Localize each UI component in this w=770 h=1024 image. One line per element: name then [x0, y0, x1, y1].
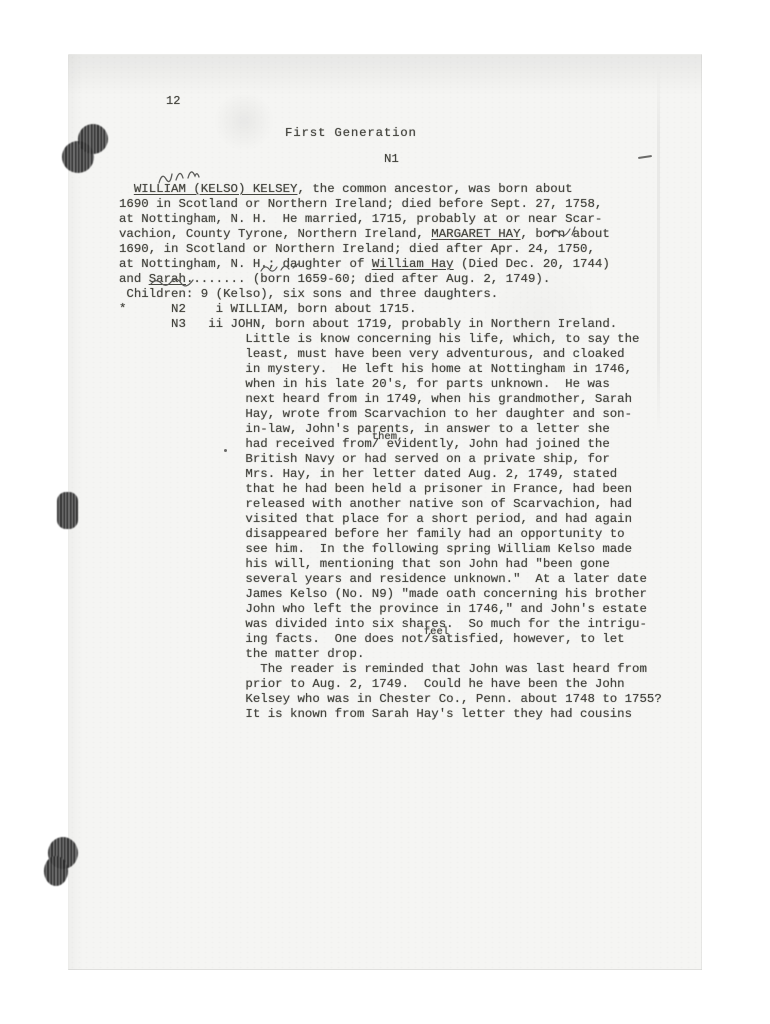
binding-mark-top: [78, 124, 108, 154]
text-line: at Nottingham, N. H. He married, 1715, p…: [119, 212, 662, 227]
text-segment: his will, mentioning that son John had "…: [119, 557, 610, 571]
text-segment: that he had been held a prisoner in Fran…: [119, 482, 632, 496]
section-label: N1: [384, 152, 399, 166]
text-segment: Kelsey who was in Chester Co., Penn. abo…: [119, 692, 662, 706]
text-segment: John who left the province in 1746," and…: [119, 602, 647, 616]
text-segment: was divided into six shares. So much for…: [119, 617, 647, 631]
text-line: It is known from Sarah Hay's letter they…: [119, 707, 662, 722]
text-segment: / evidently, John had joined the: [372, 437, 610, 451]
margin-dot-icon: [224, 449, 227, 452]
scribble-after-sarah-icon: [149, 275, 197, 288]
text-segment: had received from: [119, 437, 372, 451]
text-line: and Sarah........ (born 1659-60; died af…: [119, 272, 662, 287]
text-line: 1690 in Scotland or Northern Ireland; di…: [119, 197, 662, 212]
text-line: ing facts. One does notfeel/satisfied, h…: [119, 632, 662, 647]
binding-mark-bottom: [44, 856, 68, 886]
text-segment: Mrs. Hay, in her letter dated Aug. 2, 17…: [119, 467, 617, 481]
text-segment: Little is know concerning his life, whic…: [119, 332, 640, 346]
text-segment: least, must have been very adventurous, …: [119, 347, 625, 361]
text-line: released with another native son of Scar…: [119, 497, 662, 512]
scribble-above-william-hay-icon: [259, 260, 301, 275]
text-segment: at Nottingham, N. H.; daughter of: [119, 257, 372, 271]
text-line: Mrs. Hay, in her letter dated Aug. 2, 17…: [119, 467, 662, 482]
text-segment: visited that place for a short period, a…: [119, 512, 632, 526]
text-segment: in mystery. He left his home at Nottingh…: [119, 362, 632, 376]
text-line: the matter drop.: [119, 647, 662, 662]
text-line: was divided into six shares. So much for…: [119, 617, 662, 632]
text-line: visited that place for a short period, a…: [119, 512, 662, 527]
text-segment: Hay, wrote from Scarvachion to her daugh…: [119, 407, 632, 421]
text-line: next heard from in 1749, when his grandm…: [119, 392, 662, 407]
text-line: N3 ii JOHN, born about 1719, probably in…: [119, 317, 662, 332]
text-line: Children: 9 (Kelso), six sons and three …: [119, 287, 662, 302]
binding-mark-middle: [57, 492, 78, 529]
text-line: disappeared before her family had an opp…: [119, 527, 662, 542]
text-segment: The reader is reminded that John was las…: [119, 662, 647, 676]
text-line: prior to Aug. 2, 1749. Could he have bee…: [119, 677, 662, 692]
text-segment: at Nottingham, N. H. He married, 1715, p…: [119, 212, 602, 226]
underlined-name: MARGARET HAY: [431, 227, 520, 241]
scribble-above-margaret-hay-icon: [546, 223, 576, 239]
text-line: least, must have been very adventurous, …: [119, 347, 662, 362]
text-line: his will, mentioning that son John had "…: [119, 557, 662, 572]
text-segment: N3 ii JOHN, born about 1719, probably in…: [119, 317, 617, 331]
text-line: see him. In the following spring William…: [119, 542, 662, 557]
text-segment: and: [119, 272, 149, 286]
text-line: at Nottingham, N. H.; daughter of Willia…: [119, 257, 662, 272]
text-line: British Navy or had served on a private …: [119, 452, 662, 467]
text-segment: the matter drop.: [119, 647, 364, 661]
text-segment: several years and residence unknown." At…: [119, 572, 647, 586]
scanned-document-screenshot: 12 First Generation N1 WILLIAM (KELSO) K…: [0, 0, 770, 1024]
text-segment: , the common ancestor, was born about: [297, 182, 572, 196]
text-segment: ing facts. One does not: [119, 632, 424, 646]
text-segment: in-law, John's parents, in answer to a l…: [119, 422, 610, 436]
text-segment: prior to Aug. 2, 1749. Could he have bee…: [119, 677, 625, 691]
page-title: First Generation: [285, 126, 417, 140]
text-line: when in his late 20's, for parts unknown…: [119, 377, 662, 392]
text-segment: /satisfied, however, to let: [424, 632, 625, 646]
text-line: Little is know concerning his life, whic…: [119, 332, 662, 347]
text-line: several years and residence unknown." At…: [119, 572, 662, 587]
text-line: vachion, County Tyrone, Northern Ireland…: [119, 227, 662, 242]
text-segment: (Died Dec. 20, 1744): [454, 257, 610, 271]
text-line: James Kelso (No. N9) "made oath concerni…: [119, 587, 662, 602]
text-segment: released with another native son of Scar…: [119, 497, 632, 511]
text-segment: It is known from Sarah Hay's letter they…: [119, 707, 632, 721]
text-line: had received fromthem,/ evidently, John …: [119, 437, 662, 452]
text-segment: ........ (born 1659-60; died after Aug. …: [186, 272, 550, 286]
text-line: John who left the province in 1746," and…: [119, 602, 662, 617]
text-segment: British Navy or had served on a private …: [119, 452, 610, 466]
scanned-page: 12 First Generation N1 WILLIAM (KELSO) K…: [68, 54, 702, 970]
text-segment: Children: 9 (Kelso), six sons and three …: [119, 287, 498, 301]
text-segment: [119, 182, 134, 196]
text-line: Hay, wrote from Scarvachion to her daugh…: [119, 407, 662, 422]
text-segment: * N2 i WILLIAM, born about 1715.: [119, 302, 416, 316]
text-line: that he had been held a prisoner in Fran…: [119, 482, 662, 497]
text-segment: see him. In the following spring William…: [119, 542, 632, 556]
text-line: * N2 i WILLIAM, born about 1715.: [119, 302, 662, 317]
underlined-name: William Hay: [372, 257, 454, 271]
text-segment: disappeared before her family had an opp…: [119, 527, 625, 541]
text-line: 1690, in Scotland or Northern Ireland; d…: [119, 242, 662, 257]
scribble-above-william-icon: [156, 164, 201, 186]
text-line: in mystery. He left his home at Nottingh…: [119, 362, 662, 377]
text-segment: vachion, County Tyrone, Northern Ireland…: [119, 227, 431, 241]
text-line: The reader is reminded that John was las…: [119, 662, 662, 677]
text-segment: James Kelso (No. N9) "made oath concerni…: [119, 587, 647, 601]
typewritten-body: WILLIAM (KELSO) KELSEY, the common ances…: [119, 182, 662, 722]
text-segment: 1690 in Scotland or Northern Ireland; di…: [119, 197, 602, 211]
text-segment: 1690, in Scotland or Northern Ireland; d…: [119, 242, 595, 256]
page-number: 12: [166, 94, 180, 108]
text-segment: next heard from in 1749, when his grandm…: [119, 392, 632, 406]
text-line: Kelsey who was in Chester Co., Penn. abo…: [119, 692, 662, 707]
text-segment: when in his late 20's, for parts unknown…: [119, 377, 610, 391]
